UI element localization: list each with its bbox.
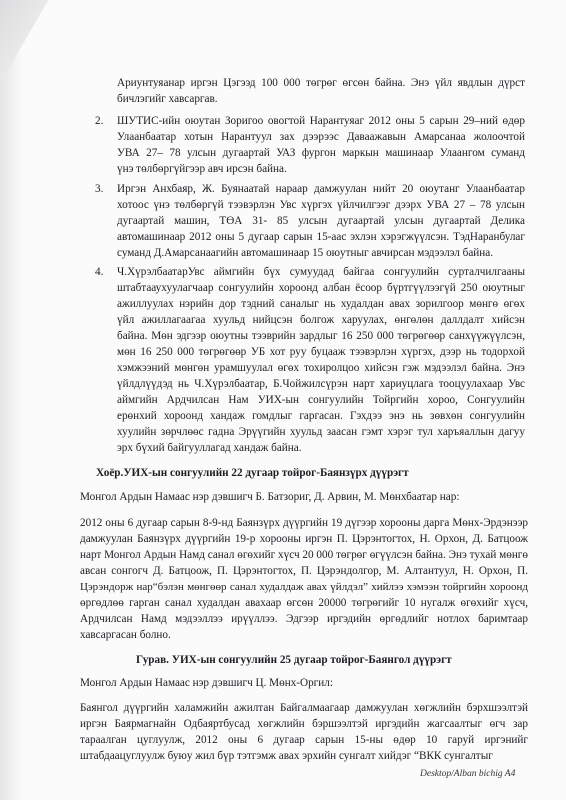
list-item-line: хотоос үнэ төлбөргүй тээвэрлэн Увс хүргэ… <box>117 197 525 213</box>
list-item-line: суманд Д.Амарсанаагийн автомашинаар 15 о… <box>117 245 525 261</box>
list-item-line: хэмжээний мөнгөн урамшуулал өгөх тохирол… <box>117 360 525 376</box>
document-page: Ариунтуяанар иргэн Цэгээд 100 000 төгрөг… <box>0 0 566 800</box>
paragraph-line: Ариунтуяанар иргэн Цэгээд 100 000 төгрөг… <box>117 75 525 91</box>
list-item-line: хуулийн зөрчлөөс гадна Эрүүгийн хуульд з… <box>117 424 525 440</box>
paragraph-line: авсан сонгогч Д. Батцоож, П. Цэрэнтогтох… <box>80 563 528 579</box>
paragraph-line: штабдаацуглуулж буюу жил бүр тэтгэмж ава… <box>80 748 528 764</box>
list-item-line: Улаанбаатар хотын Нарантуул зах дээрээс … <box>117 129 525 145</box>
section-heading: Гурав. УИХ-ын сонгуулийн 25 дугаар тойро… <box>136 652 452 668</box>
list-item-line: штабтааухуулагчаар сонгуулийн хороонд ал… <box>117 280 525 296</box>
paragraph-line: Цэрэндорж нар“бэлэн мөнгөөр санал худалд… <box>80 579 528 595</box>
paragraph-line: бичлэгийг хавсаргав. <box>117 91 525 107</box>
list-item-line: үйлдлүүдэд нь Ч.Хүрэлбаатар, Б.Чойжилсүр… <box>117 376 525 392</box>
paragraph-line: хавсаргасан болно. <box>80 627 528 643</box>
list-item-line: Иргэн Анхбаяр, Ж. Буянаатай нараар дамжу… <box>117 181 525 197</box>
list-item-line: автомашинаар 2012 оны 5 дугаар сарын 15-… <box>117 229 525 245</box>
paragraph-line: өргөдлөө гарган санал худалдан авахаар ө… <box>80 595 528 611</box>
list-item-line: ерөнхий хороонд хандаж гомдлыг гаргасан.… <box>117 408 525 424</box>
list-item-line: мөн 16 250 000 төгрөгөөр УБ хот руу буца… <box>117 344 525 360</box>
paragraph-line: нарт Монгол Ардын Намд санал өгөхийг хүс… <box>80 547 528 563</box>
list-item-line: үнэ төлбөргүйгээр авч ирсэн байна. <box>117 161 525 177</box>
paragraph-line: Баянгол дүүргийн халамжийн ажилтан Байга… <box>80 700 528 716</box>
list-item-line: үйл ажиллагаагаа хуульд нийцсэн болгож х… <box>117 312 525 328</box>
list-item-line: аймгийн Ардчилсан Нам УИХ-ын сонгуулийн … <box>117 392 525 408</box>
list-item-line: эрх бүхий байгууллагад хандаж байна. <box>117 440 525 456</box>
candidates-line: Монгол Ардын Намаас нэр дэвшигч Б. Батзо… <box>80 489 459 505</box>
paragraph-line: 2012 оны 6 дугаар сарын 8-9-нд Баянзүрх … <box>80 515 528 531</box>
list-item-line: дугаартай машин, ТӨА 31- 85 улсын дугаар… <box>117 213 525 229</box>
list-item-line: байна. Мөн эдгээр оюутны тээврийн зардлы… <box>117 328 525 344</box>
paragraph-line: дамжуулан Баянзүрх дүүргийн 19-р хорооны… <box>80 531 528 547</box>
list-item-line: ажиллуулах нэрийн дор тэдний саналыг нь … <box>117 296 525 312</box>
candidates-line: Монгол Ардын Намаас нэр дэвшигч Ц. Мөнх-… <box>80 675 333 691</box>
list-number: 4. <box>95 264 103 280</box>
list-item-line: Ч.ХүрэлбаатарУвс аймгийн бүх сумуудад ба… <box>117 264 525 280</box>
paragraph-line: Ардчилсан Намд мэдээллээ ирүүллээ. Эдгээ… <box>80 611 528 627</box>
list-item-line: УВА 27– 78 улсын дугаартай УАЗ фургон ма… <box>117 145 525 161</box>
paragraph-line: тараалган цуглуулж, 2012 оны 6 дугаар са… <box>80 732 528 748</box>
paragraph-line: иргэн Баярмагнайн Одбаяртбусад хөгжлийн … <box>80 716 528 732</box>
section-heading: Хоёр.УИХ-ын сонгуулийн 22 дугаар тойрог-… <box>96 465 409 481</box>
list-number: 3. <box>95 181 103 197</box>
list-number: 2. <box>95 113 103 129</box>
list-item-line: ШУТИС-ийн оюутан Зоригоо овогтой Наранту… <box>117 113 525 129</box>
footer-path: Desktop/Alban bichig A4 <box>420 766 515 782</box>
